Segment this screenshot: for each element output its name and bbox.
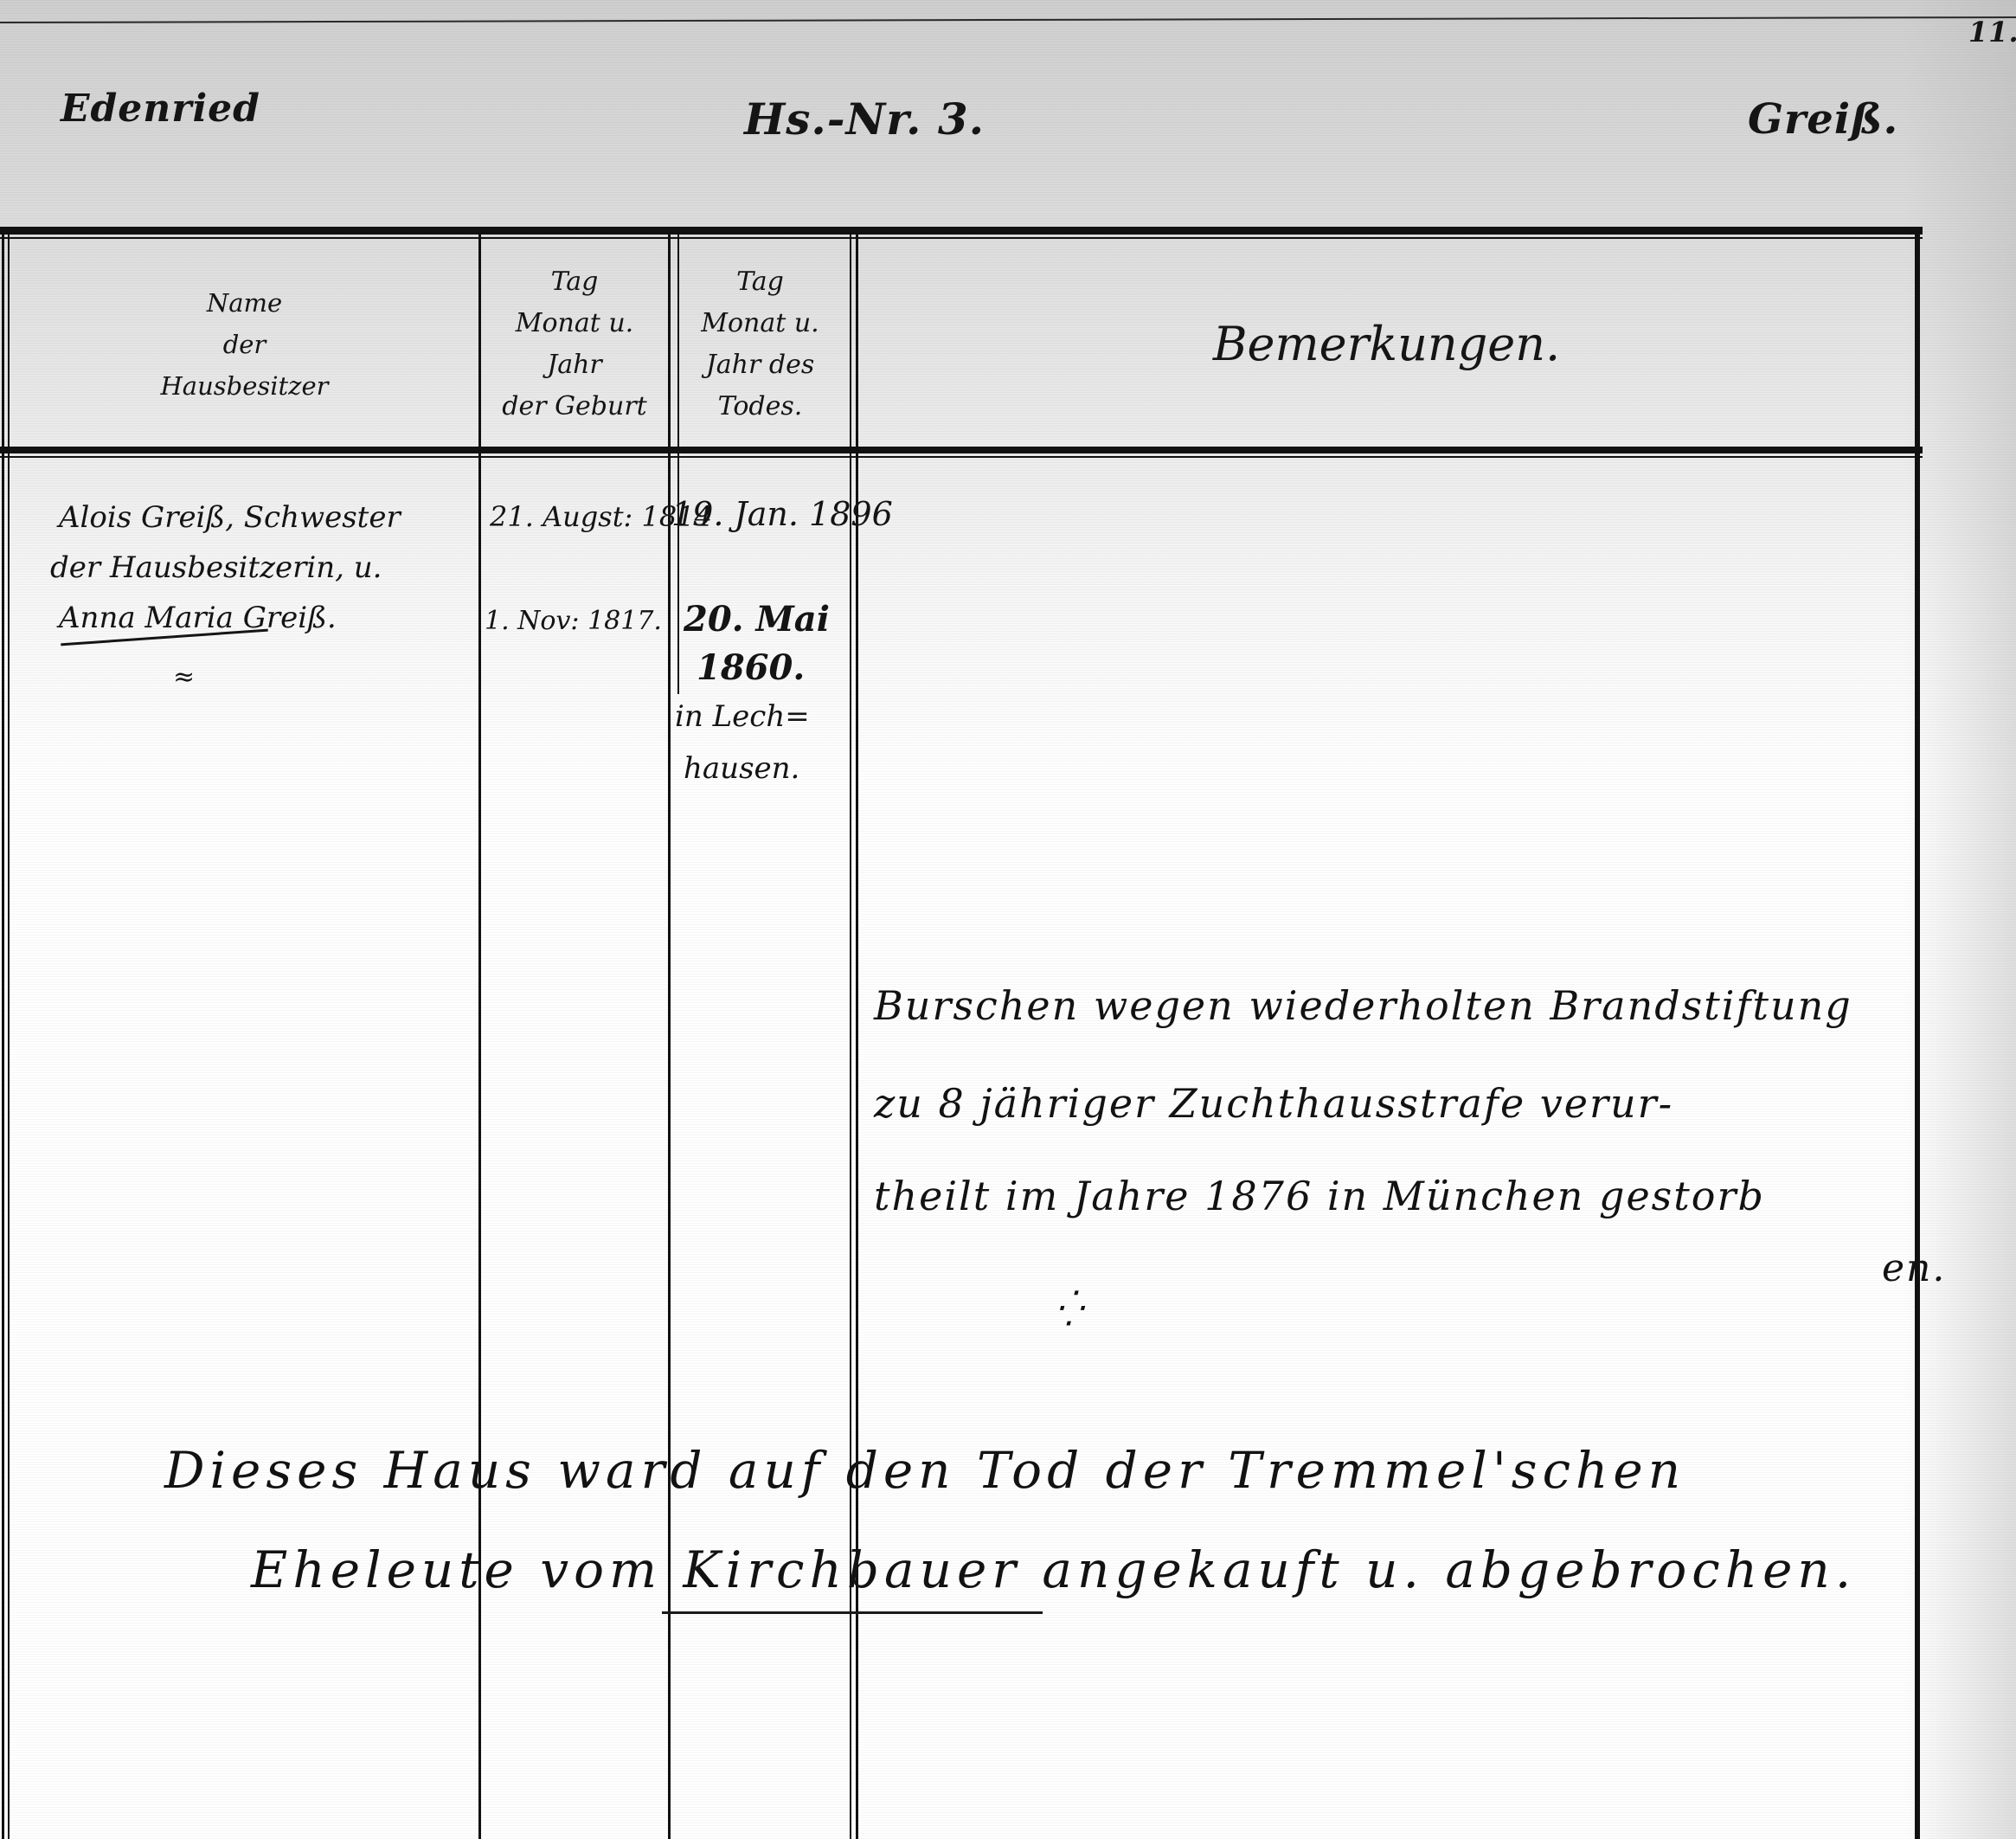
note-line: Dieses Haus ward auf den Tod der Tremmel… (164, 1441, 1685, 1500)
column-header-name-line: der (223, 324, 266, 365)
column-header-death: Tag Monat u. Jahr des Todes. (671, 242, 850, 447)
entry-name-line: der Hausbesitzerin, u. (50, 550, 382, 585)
note-line: Eheleute vom Kirchbauer angekauft u. abg… (251, 1540, 1856, 1599)
column-header-name-line: Hausbesitzer (161, 365, 329, 407)
column-header-death-line: Jahr des (706, 344, 814, 386)
ink-marks: ⁛ (1056, 1289, 1083, 1329)
entry-name-line: Alois Greiß, Schwester (59, 500, 401, 535)
death-place-person-2-line: hausen. (684, 751, 799, 786)
column-header-birth-line: Tag (551, 261, 599, 303)
death-date-person-1: 19. Jan. 1896 (671, 495, 893, 533)
column-header-birth-line: Monat u. (516, 303, 633, 344)
remark-line: Burschen wegen wiederholten Brandstiftun… (874, 982, 1852, 1029)
death-place-person-2-line: in Lech= (675, 699, 810, 734)
column-header-remarks: Bemerkungen. (858, 242, 1915, 447)
house-number: Hs.-Nr. 3. (744, 93, 985, 145)
entry-flourish-mark: ≈ (173, 662, 195, 692)
page-number: 11. (1968, 16, 2016, 48)
column-header-birth: Tag Monat u. Jahr der Geburt (481, 242, 668, 447)
remark-line: zu 8 jähriger Zuchthausstrafe verur- (874, 1080, 1673, 1127)
column-header-death-line: Tag (736, 261, 784, 303)
table-top-border-inner (0, 237, 1923, 239)
underline-mark (662, 1611, 1043, 1614)
column-header-name: Name der Hausbesitzer (10, 242, 478, 447)
column-header-death-line: Todes. (718, 386, 803, 428)
death-date-person-2-line: 20. Mai (684, 599, 830, 640)
column-header-birth-line: Jahr (547, 344, 602, 386)
place-name: Edenried (61, 87, 260, 131)
table-header-divider (0, 447, 1923, 453)
table-left-border-inner (8, 227, 10, 1839)
column-header-birth-line: der Geburt (502, 386, 646, 428)
column-header-death-line: Monat u. (701, 303, 819, 344)
death-date-person-2-line: 1860. (697, 647, 805, 688)
family-surname: Greiß. (1748, 95, 1898, 144)
remark-line: en. (1882, 1246, 1946, 1290)
entry-name-line: Anna Maria Greiß. (59, 601, 337, 635)
table-top-border (0, 227, 1923, 235)
column-header-name-line: Name (207, 282, 282, 324)
table-header-divider-inner (0, 456, 1923, 458)
remark-line: theilt im Jahre 1876 in München gestorb (874, 1173, 1765, 1219)
birth-date-person-2: 1. Nov: 1817. (485, 606, 662, 636)
column-header-remarks-label: Bemerkungen. (1213, 324, 1560, 365)
table-right-border (1915, 227, 1920, 1839)
table-left-border (2, 227, 4, 1839)
